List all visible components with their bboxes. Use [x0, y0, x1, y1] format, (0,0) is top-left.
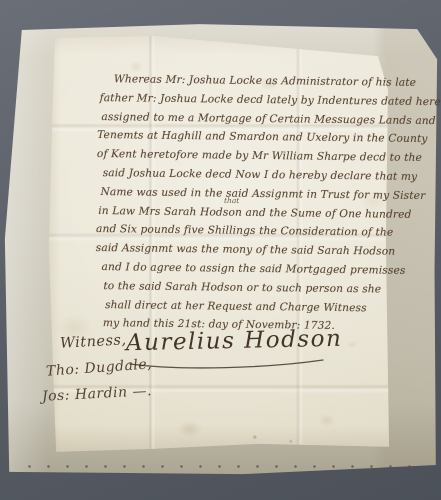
signature-aurelius-hodson: Aurelius Hodson [126, 326, 343, 357]
manuscript-text-block: Whereas Mr: Joshua Locke as Administrato… [95, 70, 400, 337]
signature-underline-flourish [128, 357, 326, 371]
photo-scene: Whereas Mr: Joshua Locke as Administrato… [0, 0, 441, 500]
stitch-holes [20, 463, 428, 470]
interlineation-note: that [224, 196, 239, 205]
